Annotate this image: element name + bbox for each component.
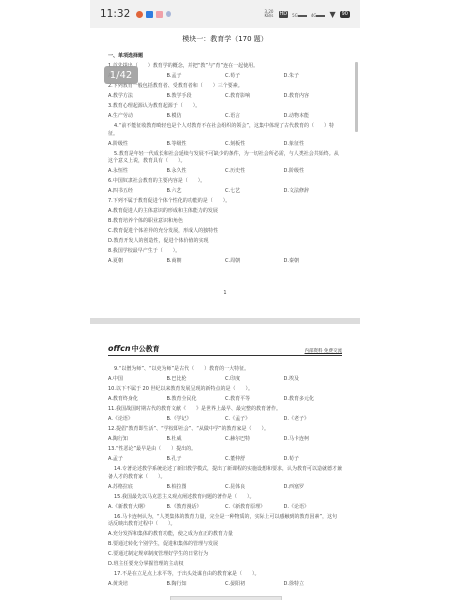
app-mail-icon xyxy=(156,11,163,18)
question: 7.下列不属于教育促进个体个性化的功能的是（ ）。 A.教育促进人的主体意识的形… xyxy=(108,198,342,246)
question: 4.“前不能征收教育畸轻也是个人对教育不在社会组织的领会”，这集中体现了古代教育… xyxy=(108,123,342,148)
question: 5.教育是年轻一代成长和社会延续与发展不可缺少的条件，为一切社会所必需，与人类社… xyxy=(108,151,342,176)
phone-screen: 11:32 3.20 KB/s HD 5G 4G ▼ 90 模块一：教育学（17… xyxy=(90,0,360,600)
question: 3.教育心理起源认为教育起源于（ ）。 A.生产劳动B.模仿C.语言D.动物本能 xyxy=(108,103,342,121)
app-dot-icon xyxy=(166,11,171,17)
status-icons: 3.20 KB/s HD 5G 4G ▼ 90 xyxy=(265,9,350,19)
question: 9.“以僧为师”、“以吏为师”是古代（ ）教育的一大特征。 A.中国B.巴比伦C… xyxy=(108,366,342,384)
header-note: 内部资料 免费交流 xyxy=(305,348,342,354)
hd-icon: HD xyxy=(279,11,289,18)
question: 14.专著论述教学系统论述了新旧教学模式，提出了新课程的实施设想和要求，认为教育… xyxy=(108,466,342,491)
battery-icon: 90 xyxy=(340,11,350,18)
signal-4g-icon: 4G xyxy=(311,9,326,19)
clock: 11:32 xyxy=(100,8,130,20)
page-header: offcn中公教育 内部资料 免费交流 xyxy=(108,344,342,356)
question: 16.马卡连柯认为，“人类集体的教育力量，完全是一种物质的，实际上可以感触到的教… xyxy=(108,514,342,569)
document-viewer[interactable]: 模块一：教育学（170 题） 一、单项选择题 1.首先提出（ ）教育学的概念，并… xyxy=(90,28,360,591)
question: 8.我国学校最早产生于（ ）。 A.夏朝B.商朝C.周朝D.秦朝 xyxy=(108,248,342,266)
offcn-logo: offcn中公教育 xyxy=(108,344,160,354)
document-page-2: offcn中公教育 内部资料 免费交流 9.“以僧为师”、“以吏为师”是古代（ … xyxy=(90,324,360,589)
section-heading: 一、单项选择题 xyxy=(108,52,342,59)
question: 13.“性恶论”最早是由（ ）提出的。 A.孟子B.孔子C.董仲舒D.荀子 xyxy=(108,446,342,464)
question: 6.中国奴隶社会教育的主要内容是（ ）。 A.四书五经B.六艺C.七艺D.文法修… xyxy=(108,178,342,196)
page-indicator: 1/42 xyxy=(104,66,138,84)
question: 12.提倡“教育即生活”、“学校即社会”、“从做中学”的教育家是（ ）。 A.陶… xyxy=(108,426,342,444)
weibo-icon xyxy=(136,11,143,18)
question: 17.不是在立足点上求平等，于出头处谋自由的教育家是（ ）。 A.黄炎培B.陶行… xyxy=(108,571,342,589)
question: 2.下列教育一般包括教育者、受教育者和（ ）三个要素。 A.教学方法B.教学手段… xyxy=(108,83,342,101)
question: 1.首先提出（ ）教育学的概念，并把“教”与“育”连在一起使用。 A.孔子B.孟… xyxy=(108,63,342,81)
net-speed: 3.20 KB/s xyxy=(265,10,275,18)
vertical-scrollbar[interactable] xyxy=(355,62,358,132)
question: 15.我国最先以马克思主义观点阐述教育问题的著作是（ ）。 A.《新教育大纲》B… xyxy=(108,494,342,512)
page-title: 模块一：教育学（170 题） xyxy=(108,34,342,44)
question: 11.我国战国时期古代的教育文献《 》是世界上最早、最完整的教育著作。 A.《论… xyxy=(108,406,342,424)
signal-5g-icon: 5G xyxy=(292,9,307,19)
page-number: 1 xyxy=(90,290,360,296)
question: 10.以下不属于 20 世纪以来教育发展呈现的新特点的是（ ）。 A.教育终身化… xyxy=(108,386,342,404)
app-blue-icon xyxy=(146,11,153,18)
bottom-toolbar-handle[interactable] xyxy=(170,596,282,600)
wifi-icon: ▼ xyxy=(329,10,335,19)
status-bar: 11:32 3.20 KB/s HD 5G 4G ▼ 90 xyxy=(90,0,360,28)
